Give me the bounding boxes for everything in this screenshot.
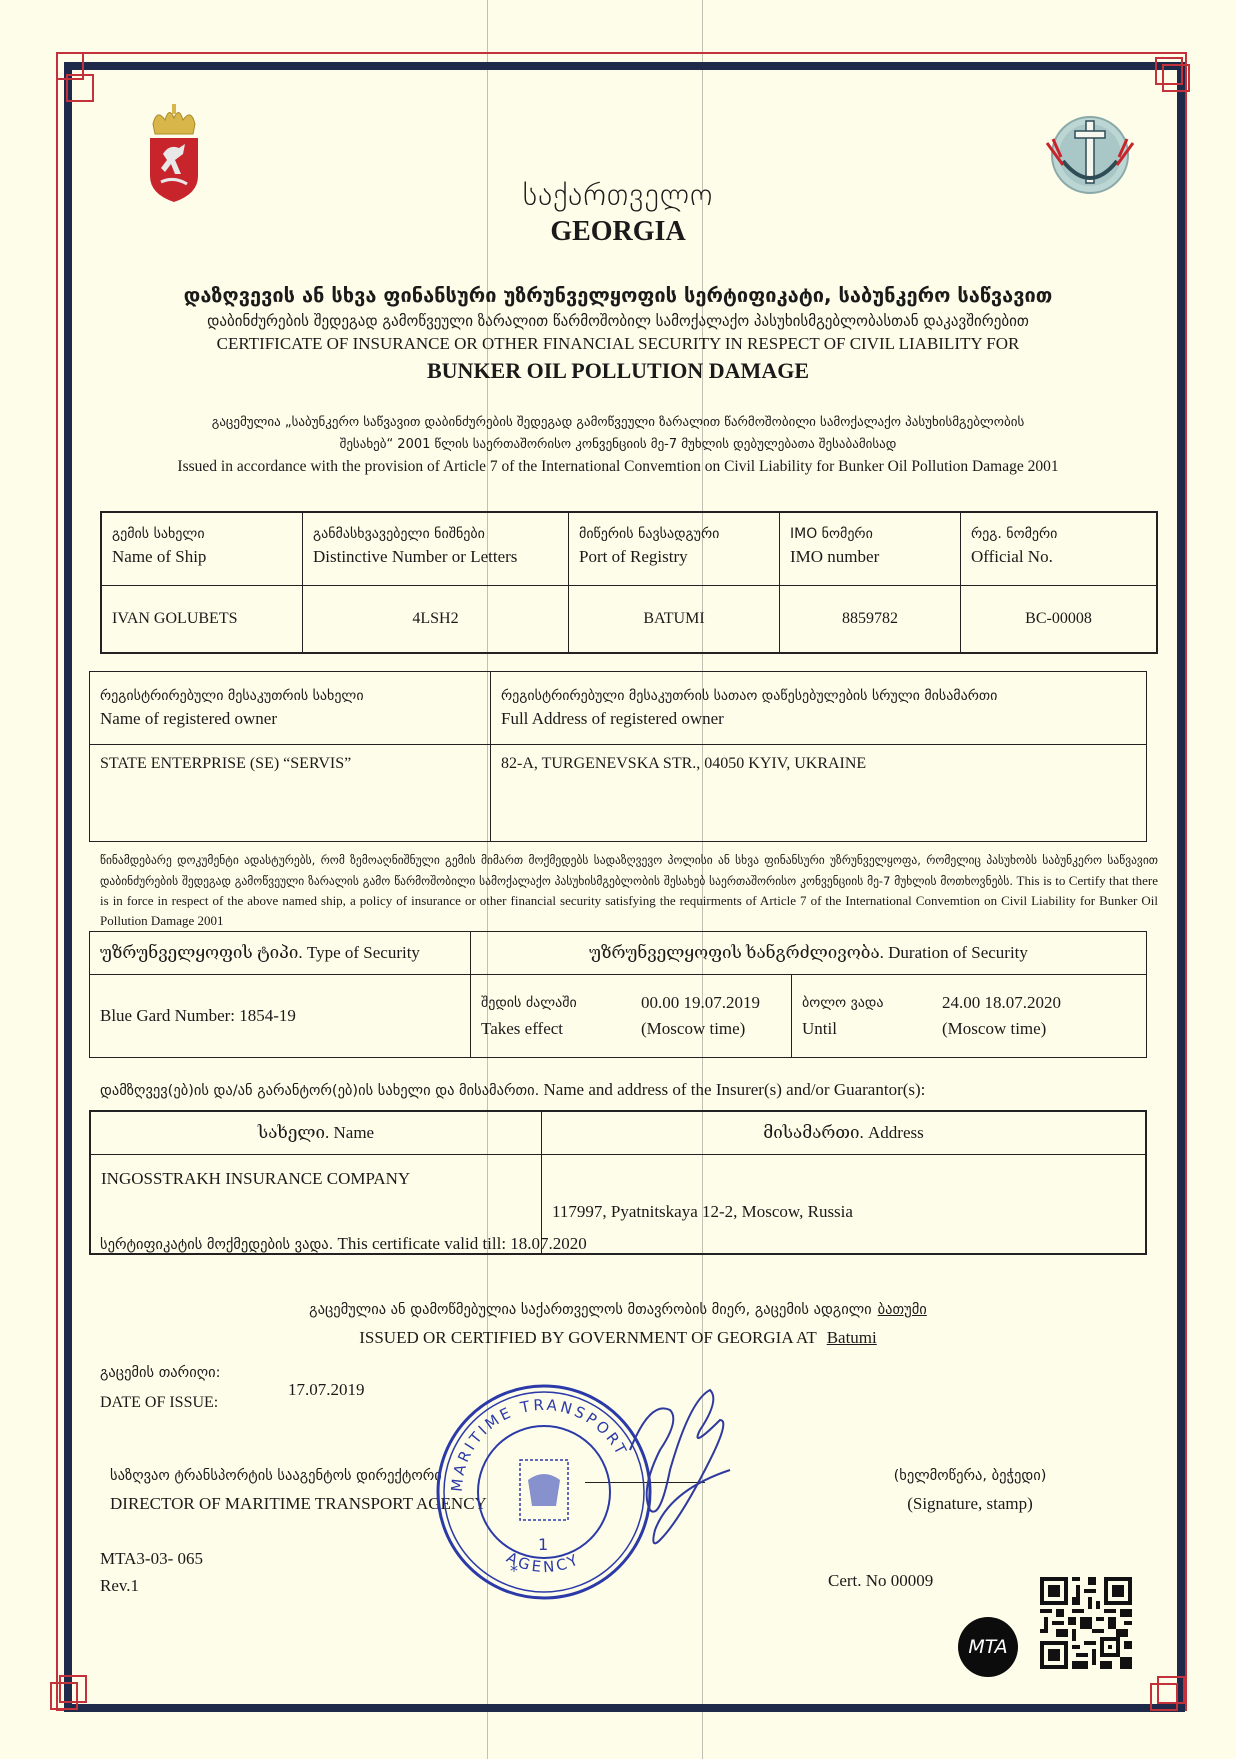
issued-by-government: გაცემულია ან დამოწმებულია საქართველოს მთ… (0, 1295, 1236, 1352)
insurer-label-eng: Name and address of the Insurer(s) and/o… (544, 1080, 926, 1099)
issued-place-eng: Batumi (821, 1328, 877, 1347)
insurer-section-label: დამზღვევ(ებ)ის და/ან გარანტორ(ებ)ის სახე… (100, 1080, 925, 1100)
issued-english: Issued in accordance with the provision … (0, 456, 1236, 478)
certificate-title-georgian-line2: დაბინძურების შედეგად გამოწვეული ზარალით … (0, 312, 1236, 330)
header-imo-number: IMO ნომერიIMO number (780, 512, 961, 586)
port-of-registry-value: BATUMI (569, 586, 780, 654)
table-header-row: რეგისტრირებული მესაკუთრის სახელიName of … (90, 672, 1147, 745)
until-cell: ბოლო ვადა24.00 18.07.2020 Until(Moscow t… (792, 975, 1147, 1058)
insurer-label-geo: დამზღვევ(ებ)ის და/ან გარანტორ(ებ)ის სახე… (100, 1083, 539, 1099)
table-row: IVAN GOLUBETS 4LSH2 BATUMI 8859782 BC-00… (101, 586, 1157, 654)
header-duration-of-security: უზრუნველყოფის ხანგრძლივობა. Duration of … (471, 932, 1147, 975)
takes-effect-cell: შედის ძალაში00.00 19.07.2019 Takes effec… (471, 975, 792, 1058)
corner-ornament (59, 1675, 87, 1703)
director-eng: DIRECTOR OF MARITIME TRANSPORT AGENCY (110, 1494, 487, 1513)
table-header-row: სახელი. Name მისამართი. Address (90, 1111, 1146, 1155)
issued-place-geo: ბათუმი (872, 1302, 927, 1318)
until-timezone: (Moscow time) (942, 1016, 1046, 1042)
table-row: STATE ENTERPRISE (SE) “SERVIS” 82-A, TUR… (90, 745, 1147, 842)
revision-value: Rev.1 (100, 1572, 203, 1599)
issued-georgian-line2: შესახებ“ 2001 წლის საერთაშორისო კონვენცი… (0, 434, 1236, 456)
date-of-issue-value: 17.07.2019 (288, 1380, 365, 1400)
until-value: 24.00 18.07.2020 (942, 990, 1061, 1016)
certificate-title-georgian-line1: დაზღვევის ან სხვა ფინანსური უზრუნველყოფი… (0, 283, 1236, 307)
certificate-title-english-line1: CERTIFICATE OF INSURANCE OR OTHER FINANC… (0, 334, 1236, 354)
corner-ornament (1162, 64, 1190, 92)
header-insurer-name: სახელი. Name (90, 1111, 542, 1155)
country-title-english: GEORGIA (0, 216, 1236, 248)
takes-effect-label-eng: Takes effect (481, 1016, 611, 1042)
header-distinctive-number: განმასხვავებელი ნიშნებიDistinctive Numbe… (303, 512, 569, 586)
signature-label-eng: (Signature, stamp) (907, 1494, 1033, 1513)
signature-label-geo: (ხელმოწერა, ბეჭედი) (870, 1462, 1070, 1490)
form-code-value: MTA3-03- 065 (100, 1545, 203, 1572)
date-of-issue-label: გაცემის თარიღი: DATE OF ISSUE: (100, 1358, 221, 1418)
header-type-of-security: უზრუნველყოფის ტიპი. Type of Security (90, 932, 471, 975)
insurer-address-value: 117997, Pyatnitskaya 12-2, Moscow, Russi… (542, 1155, 1147, 1255)
director-title: საზღვაო ტრანსპორტის სააგენტოს დირექტორი … (110, 1462, 487, 1518)
header-port-of-registry: მიწერის ნავსადგურიPort of Registry (569, 512, 780, 586)
header-insurer-address: მისამართი. Address (542, 1111, 1147, 1155)
until-label-eng: Until (802, 1016, 912, 1042)
handwritten-signature-icon (560, 1380, 760, 1560)
date-label-eng: DATE OF ISSUE: (100, 1394, 218, 1411)
header-owner-address: რეგისტრირებული მესაკუთრის სათაო დაწესებუ… (491, 672, 1147, 745)
owner-name-value: STATE ENTERPRISE (SE) “SERVIS” (90, 745, 491, 842)
header-ship-name: გემის სახელიName of Ship (101, 512, 303, 586)
until-label-geo: ბოლო ვადა (802, 990, 912, 1016)
certificate-number: Cert. No 00009 (828, 1571, 933, 1591)
certificate-title-english-line2: BUNKER OIL POLLUTION DAMAGE (0, 358, 1236, 384)
ship-name-value: IVAN GOLUBETS (101, 586, 303, 654)
issued-by-eng: ISSUED OR CERTIFIED BY GOVERNMENT OF GEO… (359, 1328, 816, 1347)
issued-georgian-line1: გაცემულია „საბუნკერო საწვავით დაბინძურებ… (0, 412, 1236, 434)
takes-effect-value: 00.00 19.07.2019 (641, 990, 760, 1016)
svg-text:*: * (510, 1561, 518, 1580)
takes-effect-label-geo: შედის ძალაში (481, 990, 611, 1016)
mta-logo-badge: MTA (958, 1617, 1018, 1677)
svg-text:1: 1 (538, 1535, 548, 1554)
validity-label-geo: სერტიფიკატის მოქმედების ვადა. (100, 1237, 333, 1253)
certificate-validity: სერტიფიკატის მოქმედების ვადა. This certi… (100, 1234, 587, 1254)
header-owner-name: რეგისტრირებული მესაკუთრის სახელიName of … (90, 672, 491, 745)
ship-particulars-table: გემის სახელიName of Ship განმასხვავებელი… (100, 511, 1158, 654)
corner-ornament (66, 74, 94, 102)
form-code: MTA3-03- 065 Rev.1 (100, 1545, 203, 1599)
imo-number-value: 8859782 (780, 586, 961, 654)
security-type-value: Blue Gard Number: 1854-19 (90, 975, 471, 1058)
security-table: უზრუნველყოფის ტიპი. Type of Security უზრ… (89, 931, 1147, 1058)
registered-owner-table: რეგისტრირებული მესაკუთრის სახელიName of … (89, 671, 1147, 842)
country-title-georgian: საქართველო (0, 178, 1236, 213)
certification-statement: წინამდებარე დოკუმენტი ადასტურებს, რომ ზე… (100, 850, 1158, 930)
official-no-value: BC-00008 (961, 586, 1158, 654)
takes-effect-timezone: (Moscow time) (641, 1016, 745, 1042)
issued-in-accordance: გაცემულია „საბუნკერო საწვავით დაბინძურებ… (0, 412, 1236, 478)
signature-stamp-label: (ხელმოწერა, ბეჭედი) (Signature, stamp) (870, 1462, 1070, 1518)
table-header-row: უზრუნველყოფის ტიპი. Type of Security უზრ… (90, 932, 1147, 975)
table-row: Blue Gard Number: 1854-19 შედის ძალაში00… (90, 975, 1147, 1058)
issued-by-geo: გაცემულია ან დამოწმებულია საქართველოს მთ… (309, 1302, 872, 1318)
header-official-no: რეგ. ნომერიOfficial No. (961, 512, 1158, 586)
validity-label-eng: This certificate valid till: 18.07.2020 (338, 1234, 587, 1253)
director-geo: საზღვაო ტრანსპორტის სააგენტოს დირექტორი (110, 1462, 487, 1490)
table-header-row: გემის სახელიName of Ship განმასხვავებელი… (101, 512, 1157, 586)
owner-address-value: 82-A, TURGENEVSKA STR., 04050 KYIV, UKRA… (491, 745, 1147, 842)
date-label-geo: გაცემის თარიღი: (100, 1358, 221, 1388)
qr-code-icon[interactable] (1040, 1577, 1132, 1669)
distinctive-number-value: 4LSH2 (303, 586, 569, 654)
corner-ornament (1157, 1676, 1185, 1704)
certification-georgian: წინამდებარე დოკუმენტი ადასტურებს, რომ ზე… (100, 853, 1158, 888)
